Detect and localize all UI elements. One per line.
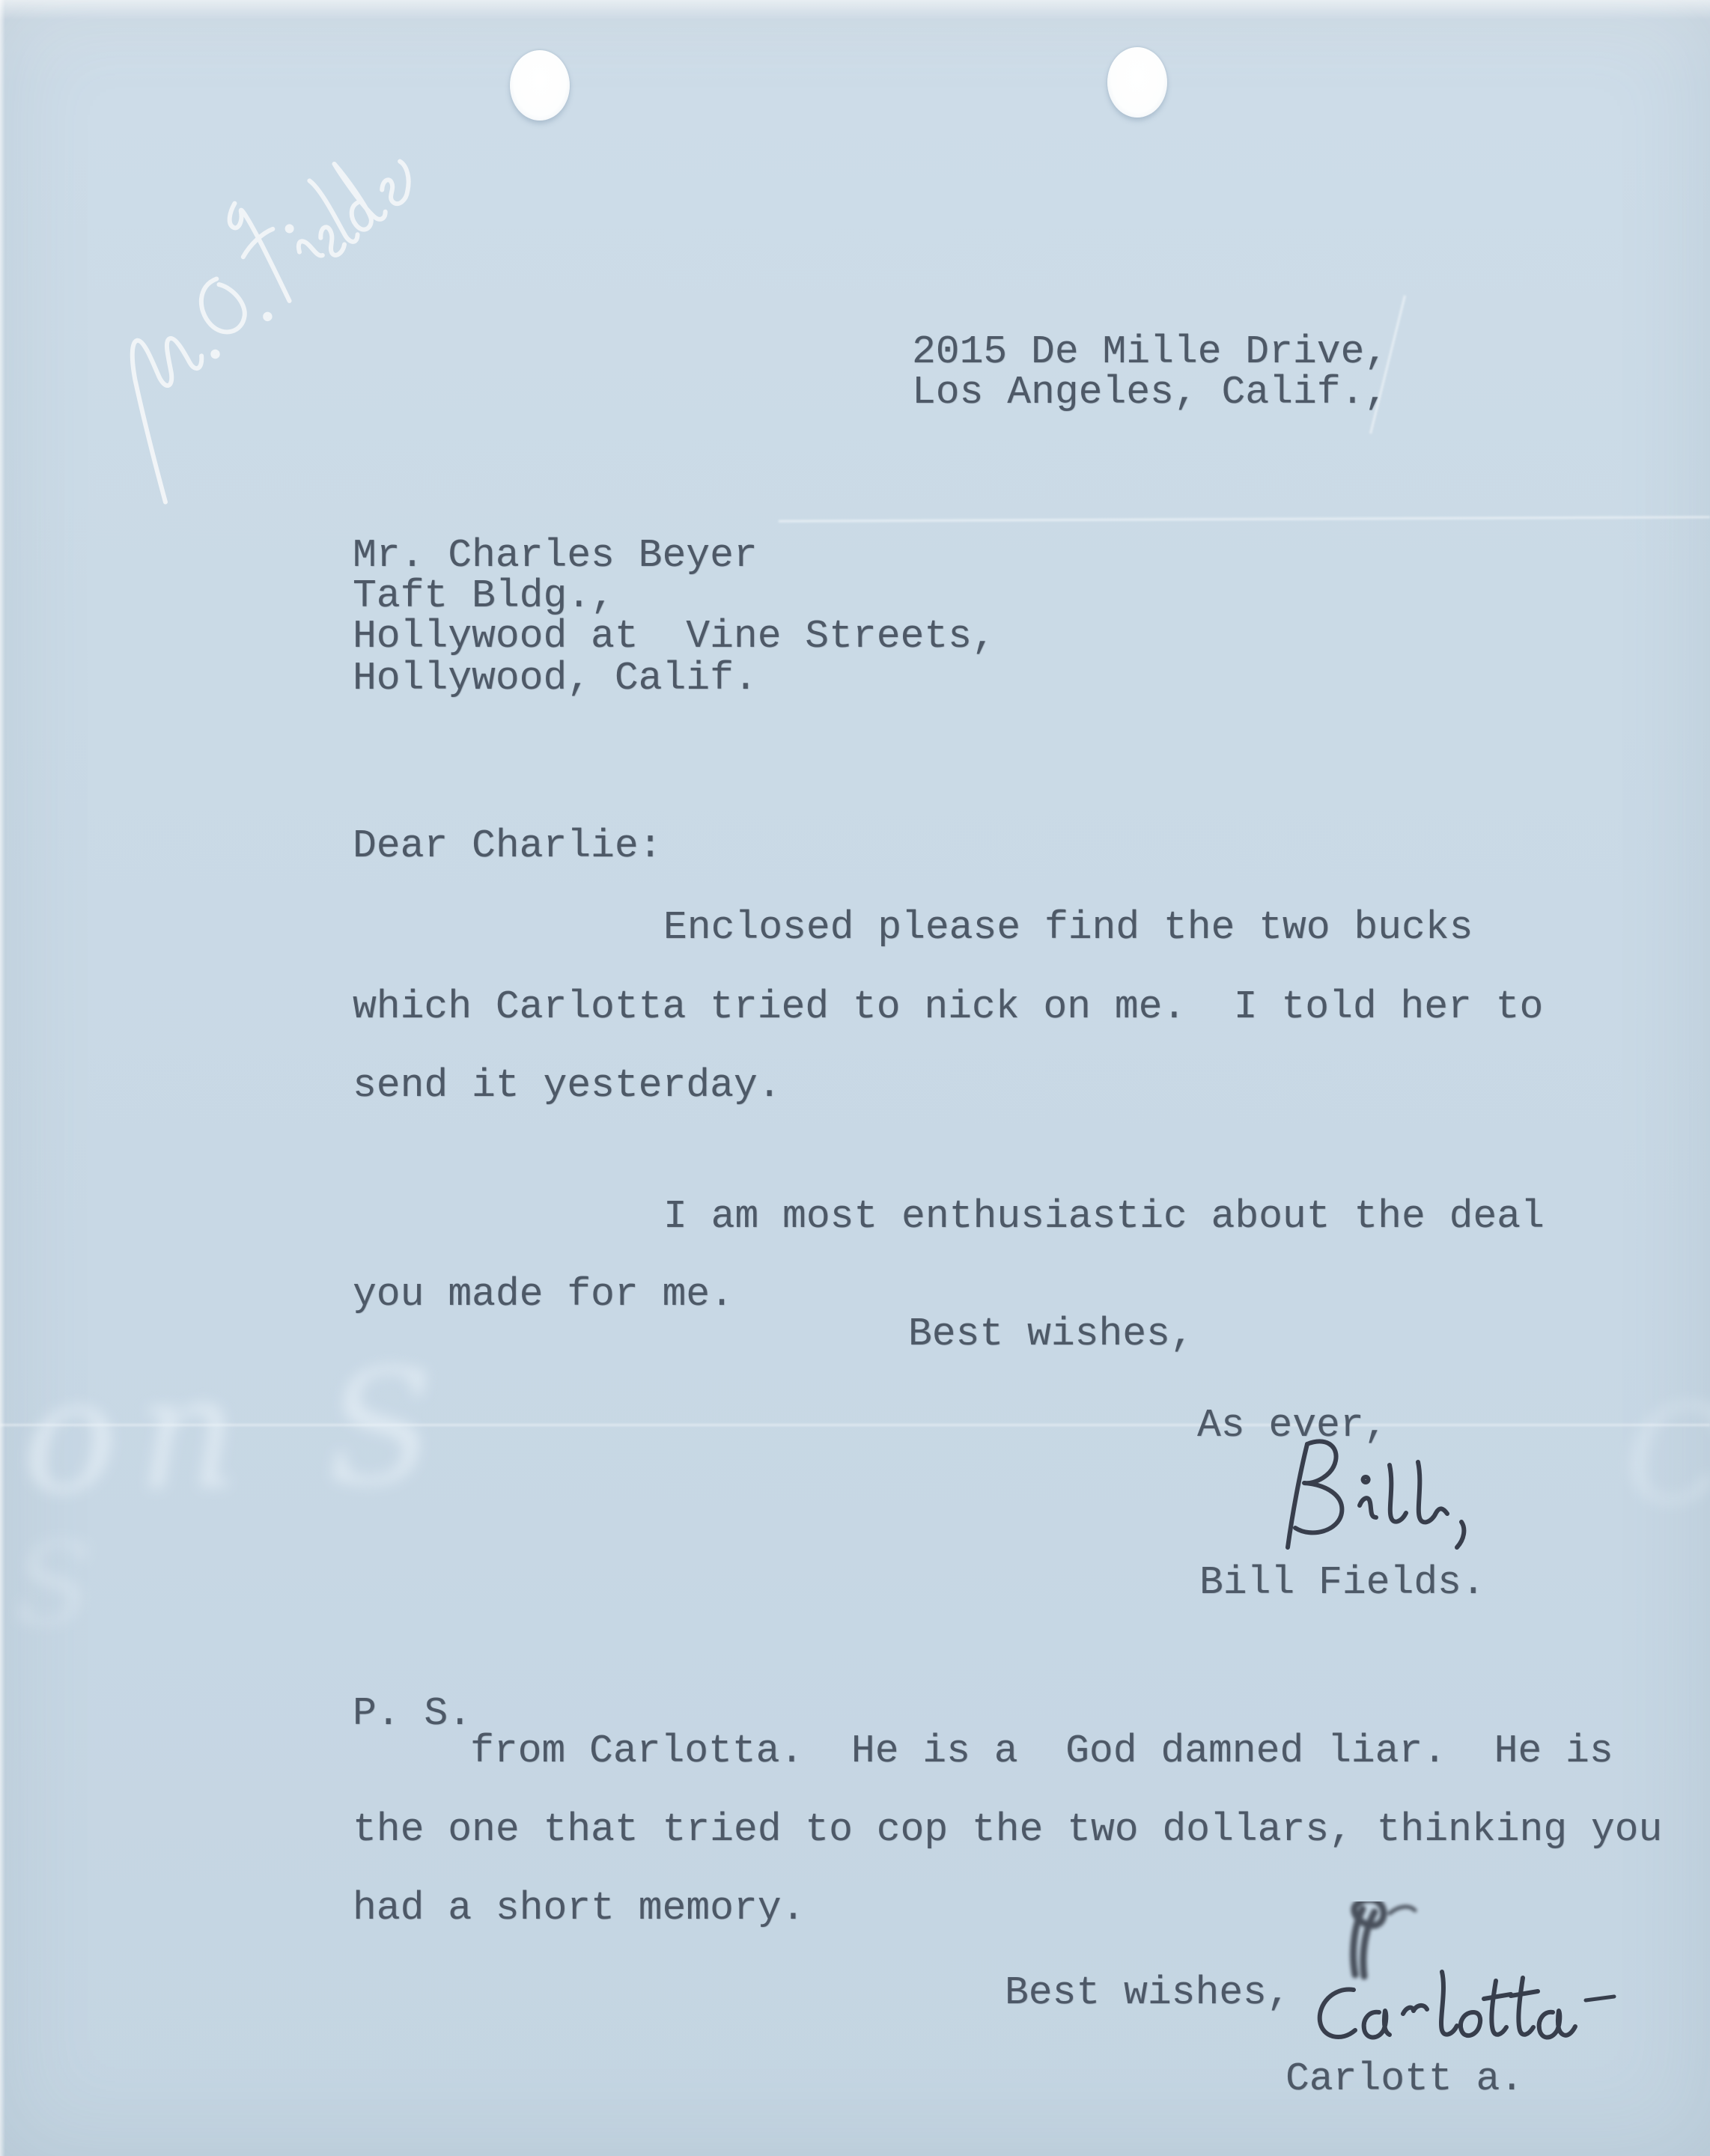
- typed-signature-carlotta: Carlott a.: [1285, 2056, 1524, 2101]
- recipient-address-line-2: Taft Bldg.,: [353, 573, 615, 618]
- sender-address-line-1: 2015 De Mille Drive,: [912, 329, 1388, 374]
- postscript-line-1: from Carlotta. He is a God damned liar. …: [470, 1729, 1613, 1773]
- paper-crease-horizontal-top: [779, 516, 1710, 522]
- bleedthrough-text-3: C: [1625, 1377, 1710, 1534]
- postscript-line-2: the one that tried to cop the two dollar…: [353, 1807, 1662, 1852]
- bill-handwritten-signature: [1265, 1434, 1550, 1561]
- postscript-label: P. S.: [353, 1691, 472, 1736]
- punch-hole-left: [510, 50, 570, 121]
- recipient-address-line-3: Hollywood at Vine Streets,: [353, 614, 996, 659]
- body-paragraph1-line-2: which Carlotta tried to nick on me. I to…: [353, 984, 1543, 1029]
- body-paragraph2-line-1: I am most enthusiastic about the deal: [663, 1194, 1545, 1239]
- scan-edge-left: [0, 0, 5, 2156]
- scan-edge-top: [0, 0, 1710, 19]
- letter-scan: on S S C 2015 De Mille Drive, Los Angele…: [0, 0, 1710, 2156]
- punch-hole-right: [1107, 47, 1167, 118]
- recipient-address-line-4: Hollywood, Calif.: [353, 656, 758, 701]
- closing-as-ever: As ever,: [1197, 1403, 1387, 1448]
- carlotta-handwritten-signature: [1243, 1901, 1632, 2081]
- bleedthrough-text-2: S: [15, 1520, 137, 1650]
- closing-best-wishes: Best wishes,: [908, 1312, 1194, 1356]
- sender-address-line-2: Los Angeles, Calif.,: [912, 370, 1388, 415]
- typed-signature-bill-fields: Bill Fields.: [1199, 1560, 1485, 1605]
- body-paragraph1-line-1: Enclosed please find the two bucks: [663, 905, 1473, 950]
- bleedthrough-text-1: on S: [20, 1334, 457, 1529]
- paper-crease-horizontal-middle: [0, 1424, 1710, 1426]
- recipient-name: Mr. Charles Beyer: [353, 533, 758, 578]
- body-paragraph1-line-3: send it yesterday.: [353, 1063, 782, 1108]
- postscript-line-3: had a short memory.: [353, 1886, 805, 1931]
- wc-fields-letterhead-signature: [75, 97, 539, 546]
- postscript-best-wishes: Best wishes,: [1005, 1970, 1291, 2015]
- body-paragraph2-line-2: you made for me.: [353, 1272, 734, 1317]
- salutation: Dear Charlie:: [353, 823, 662, 868]
